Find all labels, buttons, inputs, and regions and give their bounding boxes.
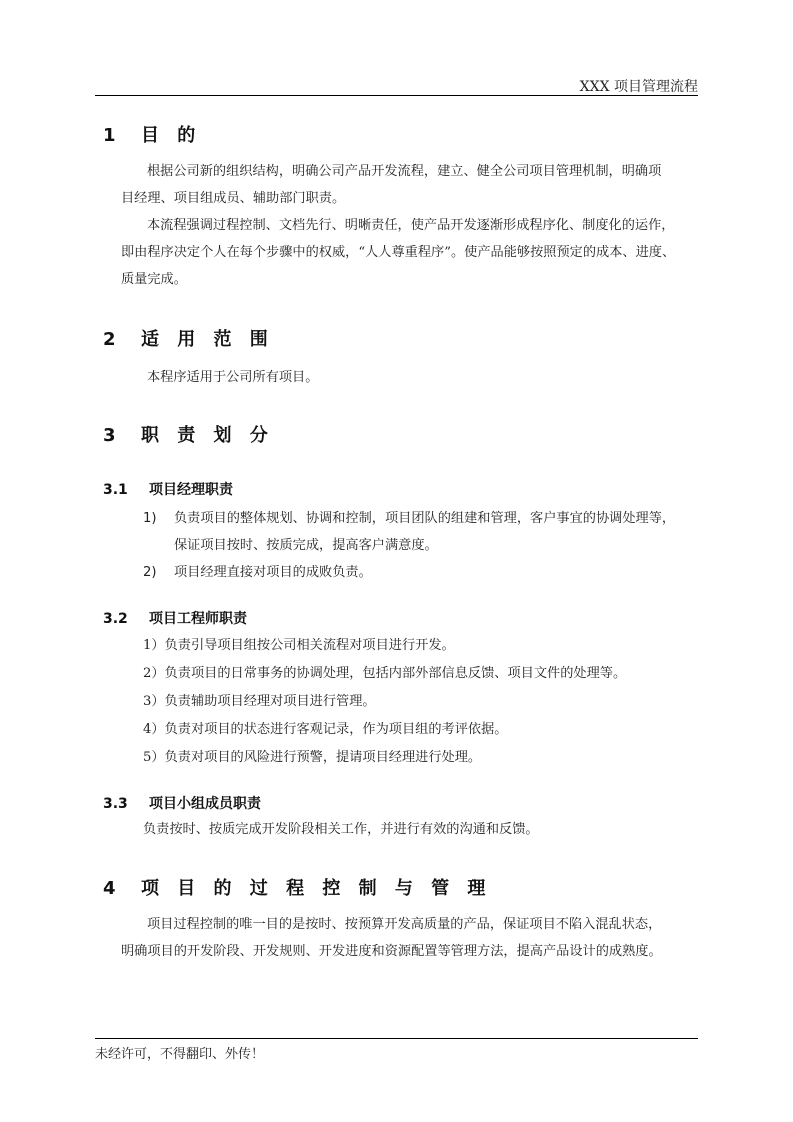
- subsection-3-1-heading: 3.1项目经理职责: [103, 479, 233, 499]
- list-item: 项目经理直接对项目的成败负责。: [174, 559, 372, 586]
- list-item: 1）负责引导项目组按公司相关流程对项目进行开发。: [143, 632, 455, 659]
- section-1-heading: 1目 的: [103, 121, 201, 147]
- paragraph: 根据公司新的组织结构，明确公司产品开发流程，建立、健全公司项目管理机制，明确项: [147, 158, 661, 185]
- paragraph: 负责按时、按质完成开发阶段相关工作，并进行有效的沟通和反馈。: [143, 816, 539, 843]
- subsection-title: 项目工程师职责: [149, 611, 247, 627]
- footer-divider: [95, 1038, 698, 1039]
- subsection-number: 3.1: [103, 482, 149, 498]
- paragraph: 目经理、项目组成员、辅助部门职责。: [121, 185, 345, 212]
- list-item: 负责项目的整体规划、协调和控制，项目团队的组建和管理，客户事宜的协调处理等，: [174, 505, 675, 532]
- paragraph: 质量完成。: [121, 266, 187, 293]
- section-number: 3: [103, 425, 141, 446]
- paragraph: 项目过程控制的唯一目的是按时、按预算开发高质量的产品，保证项目不陷入混乱状态，: [147, 911, 661, 938]
- section-2-heading: 2适 用 范 围: [103, 325, 274, 351]
- subsection-3-3-heading: 3.3项目小组成员职责: [103, 793, 261, 813]
- list-item: 2）负责项目的日常事务的协调处理，包括内部外部信息反馈、项目文件的处理等。: [143, 660, 626, 687]
- section-number: 4: [103, 878, 141, 899]
- section-3-heading: 3职 责 划 分: [103, 421, 274, 447]
- footer-notice: 未经许可，不得翻印、外传！: [95, 1043, 264, 1062]
- list-marker: 2): [143, 559, 157, 586]
- section-title: 目 的: [141, 125, 201, 146]
- paragraph: 即由程序决定个人在每个步骤中的权威，“人人尊重程序”。使产品能够按照预定的成本、…: [121, 239, 675, 266]
- subsection-title: 项目小组成员职责: [149, 796, 261, 812]
- list-item-continuation: 保证项目按时、按质完成，提高客户满意度。: [174, 532, 438, 559]
- section-title: 项 目 的 过 程 控 制 与 管 理: [141, 878, 491, 899]
- section-title: 适 用 范 围: [141, 329, 274, 350]
- subsection-number: 3.3: [103, 796, 149, 812]
- list-marker: 1): [143, 505, 157, 532]
- list-item: 3）负责辅助项目经理对项目进行管理。: [143, 688, 376, 715]
- subsection-3-2-heading: 3.2项目工程师职责: [103, 608, 247, 628]
- subsection-title: 项目经理职责: [149, 482, 233, 498]
- section-title: 职 责 划 分: [141, 425, 274, 446]
- section-number: 1: [103, 125, 141, 146]
- paragraph: 本程序适用于公司所有项目。: [147, 364, 318, 391]
- list-item: 4）负责对项目的状态进行客观记录，作为项目组的考评依据。: [143, 716, 507, 743]
- paragraph: 明确项目的开发阶段、开发规则、开发进度和资源配置等管理方法，提高产品设计的成熟度…: [121, 938, 662, 965]
- header-title: XXX 项目管理流程: [580, 76, 698, 96]
- section-4-heading: 4项 目 的 过 程 控 制 与 管 理: [103, 874, 491, 900]
- paragraph: 本流程强调过程控制、文档先行、明晰责任，使产品开发逐渐形成程序化、制度化的运作，: [147, 212, 675, 239]
- subsection-number: 3.2: [103, 611, 149, 627]
- header-divider: [95, 95, 698, 96]
- section-number: 2: [103, 329, 141, 350]
- list-item: 5）负责对项目的风险进行预警，提请项目经理进行处理。: [143, 744, 481, 771]
